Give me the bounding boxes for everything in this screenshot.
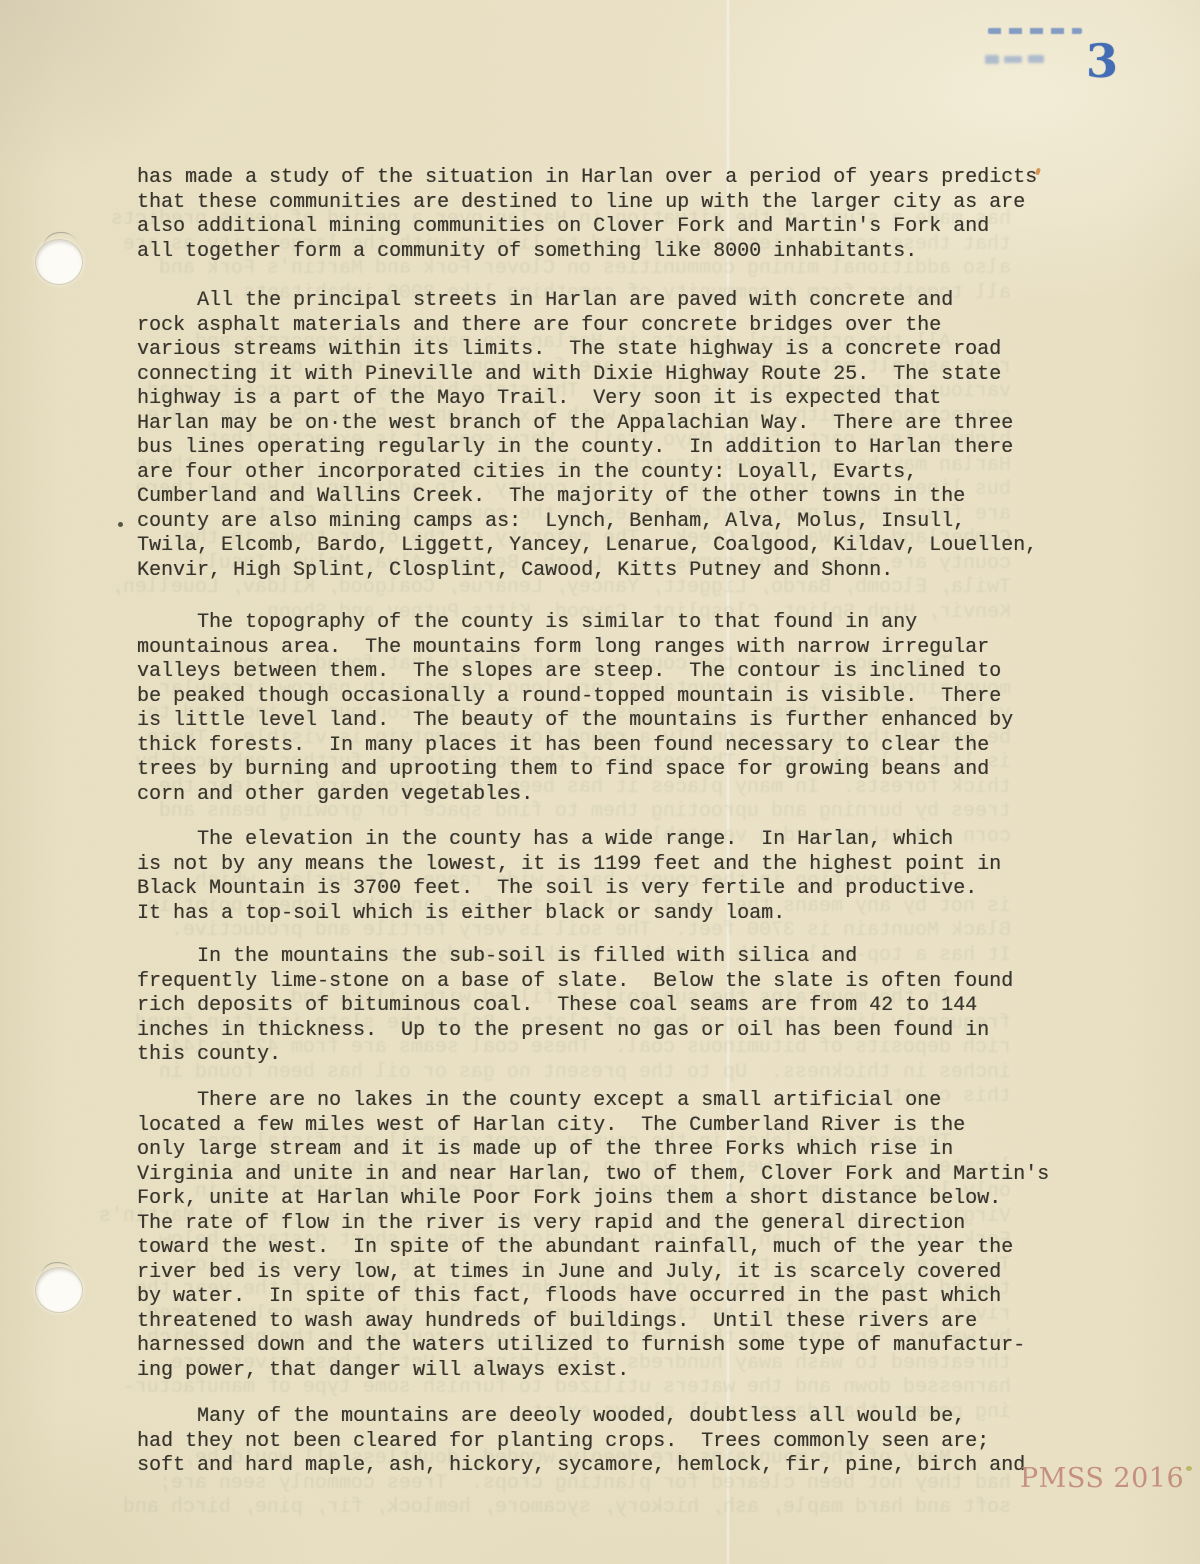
paragraph: has made a study of the situation in Har…	[137, 166, 1067, 264]
paragraph: Many of the mountains are deeoly wooded,…	[137, 1405, 1067, 1479]
paragraph: All the principal streets in Harlan are …	[137, 289, 1067, 583]
archive-watermark: PMSS 2016	[1020, 1463, 1184, 1494]
document-body: has made a study of the situation in Har…	[137, 166, 1067, 1479]
paragraph: There are no lakes in the county except …	[137, 1089, 1067, 1383]
hole-punch-bottom	[36, 1268, 82, 1312]
paragraph: In the mountains the sub-soil is filled …	[137, 945, 1067, 1068]
blue-stamp-smear-mark	[985, 52, 1049, 70]
scanned-document-page: has made a study of the situation in Har…	[0, 0, 1200, 1564]
paragraph: The elevation in the county has a wide r…	[137, 828, 1067, 926]
paragraph: The topography of the county is similar …	[137, 611, 1067, 807]
paper-speck	[118, 522, 123, 527]
blue-stamp-dashed-line	[988, 28, 1082, 34]
paper-speck	[1186, 1466, 1192, 1471]
hole-punch-top	[36, 240, 82, 284]
page-number: 3	[1086, 34, 1118, 88]
